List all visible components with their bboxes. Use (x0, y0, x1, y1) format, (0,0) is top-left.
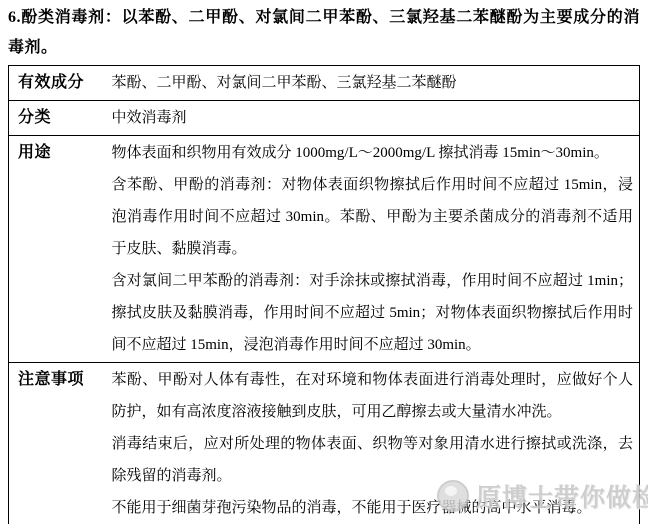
row-content: 苯酚、甲酚对人体有毒性，在对环境和物体表面进行消毒处理时，应做好个人防护，如有高… (108, 363, 640, 524)
content-paragraph: 含对氯间二甲苯酚的消毒剂：对手涂抹或擦拭消毒，作用时间不应超过 1min；擦拭皮… (112, 265, 634, 361)
row-content: 苯酚、二甲酚、对氯间二甲苯酚、三氯羟基二苯醚酚 (108, 66, 640, 101)
table-row-active-ingredients: 有效成分 苯酚、二甲酚、对氯间二甲苯酚、三氯羟基二苯醚酚 (9, 66, 640, 101)
table-row-usage: 用途 物体表面和织物用有效成分 1000mg/L～2000mg/L 擦拭消毒 1… (9, 136, 640, 363)
disinfectant-info-table: 有效成分 苯酚、二甲酚、对氯间二甲苯酚、三氯羟基二苯醚酚 分类 中效消毒剂 用途… (8, 65, 640, 524)
row-label: 用途 (9, 136, 108, 363)
content-paragraph: 苯酚、二甲酚、对氯间二甲苯酚、三氯羟基二苯醚酚 (112, 67, 634, 99)
row-content: 中效消毒剂 (108, 101, 640, 136)
table-row-classification: 分类 中效消毒剂 (9, 101, 640, 136)
content-paragraph: 不能用于细菌芽孢污染物品的消毒，不能用于医疗器械的高中水平消毒。 (112, 492, 634, 524)
row-content: 物体表面和织物用有效成分 1000mg/L～2000mg/L 擦拭消毒 15mi… (108, 136, 640, 363)
content-paragraph: 消毒结束后，应对所处理的物体表面、织物等对象用清水进行擦拭或洗涤，去除残留的消毒… (112, 428, 634, 492)
section-title: 6.酚类消毒剂：以苯酚、二甲酚、对氯间二甲苯酚、三氯羟基二苯醚酚为主要成分的消毒… (0, 0, 648, 63)
content-paragraph: 中效消毒剂 (112, 102, 634, 134)
content-paragraph: 含苯酚、甲酚的消毒剂：对物体表面织物擦拭后作用时间不应超过 15min，浸泡消毒… (112, 169, 634, 265)
table-row-precautions: 注意事项 苯酚、甲酚对人体有毒性，在对环境和物体表面进行消毒处理时，应做好个人防… (9, 363, 640, 524)
row-label: 分类 (9, 101, 108, 136)
content-paragraph: 苯酚、甲酚对人体有毒性，在对环境和物体表面进行消毒处理时，应做好个人防护，如有高… (112, 364, 634, 428)
content-paragraph: 物体表面和织物用有效成分 1000mg/L～2000mg/L 擦拭消毒 15mi… (112, 137, 634, 169)
row-label: 有效成分 (9, 66, 108, 101)
row-label: 注意事项 (9, 363, 108, 524)
